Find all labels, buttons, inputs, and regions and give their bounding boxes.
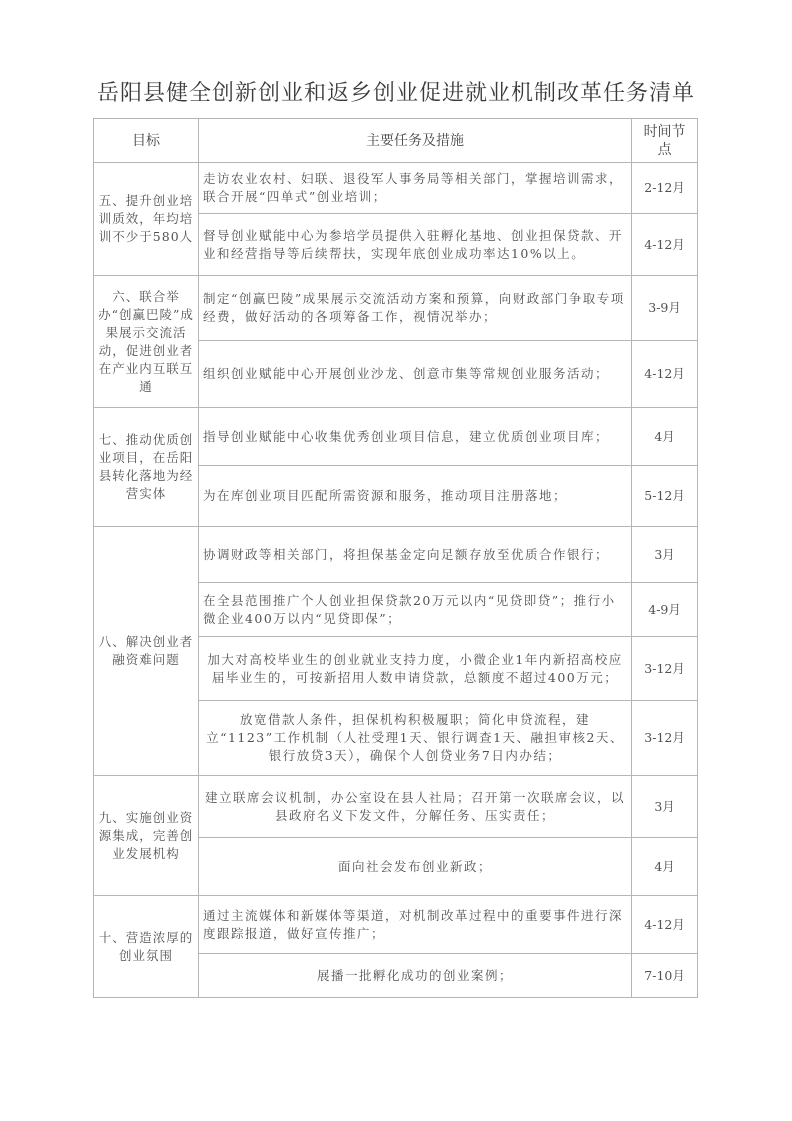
- time-cell: 4-12月: [632, 341, 698, 408]
- time-cell: 5-12月: [632, 466, 698, 527]
- header-time: 时间节点: [632, 119, 698, 163]
- measure-cell: 为在库创业项目匹配所需资源和服务，推动项目注册落地；: [198, 466, 631, 527]
- measure-cell: 通过主流媒体和新媒体等渠道，对机制改革过程中的重要事件进行深度跟踪报道，做好宣传…: [198, 896, 631, 954]
- time-cell: 3-12月: [632, 701, 698, 776]
- measure-cell: 指导创业赋能中心收集优秀创业项目信息，建立优质创业项目库；: [198, 408, 631, 466]
- table-row: 八、解决创业者融资难问题 协调财政等相关部门，将担保基金定向足额存放至优质合作银…: [94, 527, 698, 583]
- time-cell: 3-9月: [632, 276, 698, 341]
- time-cell: 2-12月: [632, 163, 698, 214]
- measure-cell: 协调财政等相关部门，将担保基金定向足额存放至优质合作银行；: [198, 527, 631, 583]
- table-row: 十、营造浓厚的创业氛围 通过主流媒体和新媒体等渠道，对机制改革过程中的重要事件进…: [94, 896, 698, 954]
- time-cell: 3-12月: [632, 637, 698, 701]
- goal-cell: 六、联合举办“创赢巴陵”成果展示交流活动，促进创业者在产业内互联互通: [94, 276, 199, 408]
- header-measures: 主要任务及措施: [198, 119, 631, 163]
- measure-cell: 放宽借款人条件，担保机构积极履职；简化申贷流程，建立“1123”工作机制（人社受…: [198, 701, 631, 776]
- time-cell: 3月: [632, 527, 698, 583]
- table-row: 七、推动优质创业项目，在岳阳县转化落地为经营实体 指导创业赋能中心收集优秀创业项…: [94, 408, 698, 466]
- time-cell: 7-10月: [632, 954, 698, 998]
- table-row: 六、联合举办“创赢巴陵”成果展示交流活动，促进创业者在产业内互联互通 制定“创赢…: [94, 276, 698, 341]
- table-row: 九、实施创业资源集成，完善创业发展机构 建立联席会议机制，办公室设在县人社局；召…: [94, 776, 698, 838]
- measure-cell: 加大对高校毕业生的创业就业支持力度，小微企业1年内新招高校应届毕业生的，可按新招…: [198, 637, 631, 701]
- measure-cell: 组织创业赋能中心开展创业沙龙、创意市集等常规创业服务活动；: [198, 341, 631, 408]
- measure-cell: 督导创业赋能中心为参培学员提供入驻孵化基地、创业担保贷款、开业和经营指导等后续帮…: [198, 214, 631, 276]
- time-cell: 4-12月: [632, 896, 698, 954]
- measure-cell: 建立联席会议机制，办公室设在县人社局；召开第一次联席会议，以县政府名义下发文件，…: [198, 776, 631, 838]
- measure-cell: 展播一批孵化成功的创业案例；: [198, 954, 631, 998]
- goal-cell: 七、推动优质创业项目，在岳阳县转化落地为经营实体: [94, 408, 199, 527]
- goal-cell: 十、营造浓厚的创业氛围: [94, 896, 199, 998]
- measure-cell: 在全县范围推广个人创业担保贷款20万元以内“见贷即贷”；推行小微企业400万以内…: [198, 583, 631, 637]
- measure-cell: 制定“创赢巴陵”成果展示交流活动方案和预算，向财政部门争取专项经费，做好活动的各…: [198, 276, 631, 341]
- time-cell: 4-9月: [632, 583, 698, 637]
- task-list-table: 目标 主要任务及措施 时间节点 五、提升创业培训质效，年均培训不少于580人 走…: [93, 118, 698, 998]
- goal-cell: 九、实施创业资源集成，完善创业发展机构: [94, 776, 199, 896]
- goal-cell: 八、解决创业者融资难问题: [94, 527, 199, 776]
- time-cell: 3月: [632, 776, 698, 838]
- document-title: 岳阳县健全创新创业和返乡创业促进就业机制改革任务清单: [0, 76, 792, 107]
- table-row: 五、提升创业培训质效，年均培训不少于580人 走访农业农村、妇联、退役军人事务局…: [94, 163, 698, 214]
- table-header-row: 目标 主要任务及措施 时间节点: [94, 119, 698, 163]
- time-cell: 4-12月: [632, 214, 698, 276]
- time-cell: 4月: [632, 838, 698, 896]
- measure-cell: 面向社会发布创业新政；: [198, 838, 631, 896]
- time-cell: 4月: [632, 408, 698, 466]
- goal-cell: 五、提升创业培训质效，年均培训不少于580人: [94, 163, 199, 276]
- measure-cell: 走访农业农村、妇联、退役军人事务局等相关部门，掌握培训需求，联合开展“四单式”创…: [198, 163, 631, 214]
- header-goal: 目标: [94, 119, 199, 163]
